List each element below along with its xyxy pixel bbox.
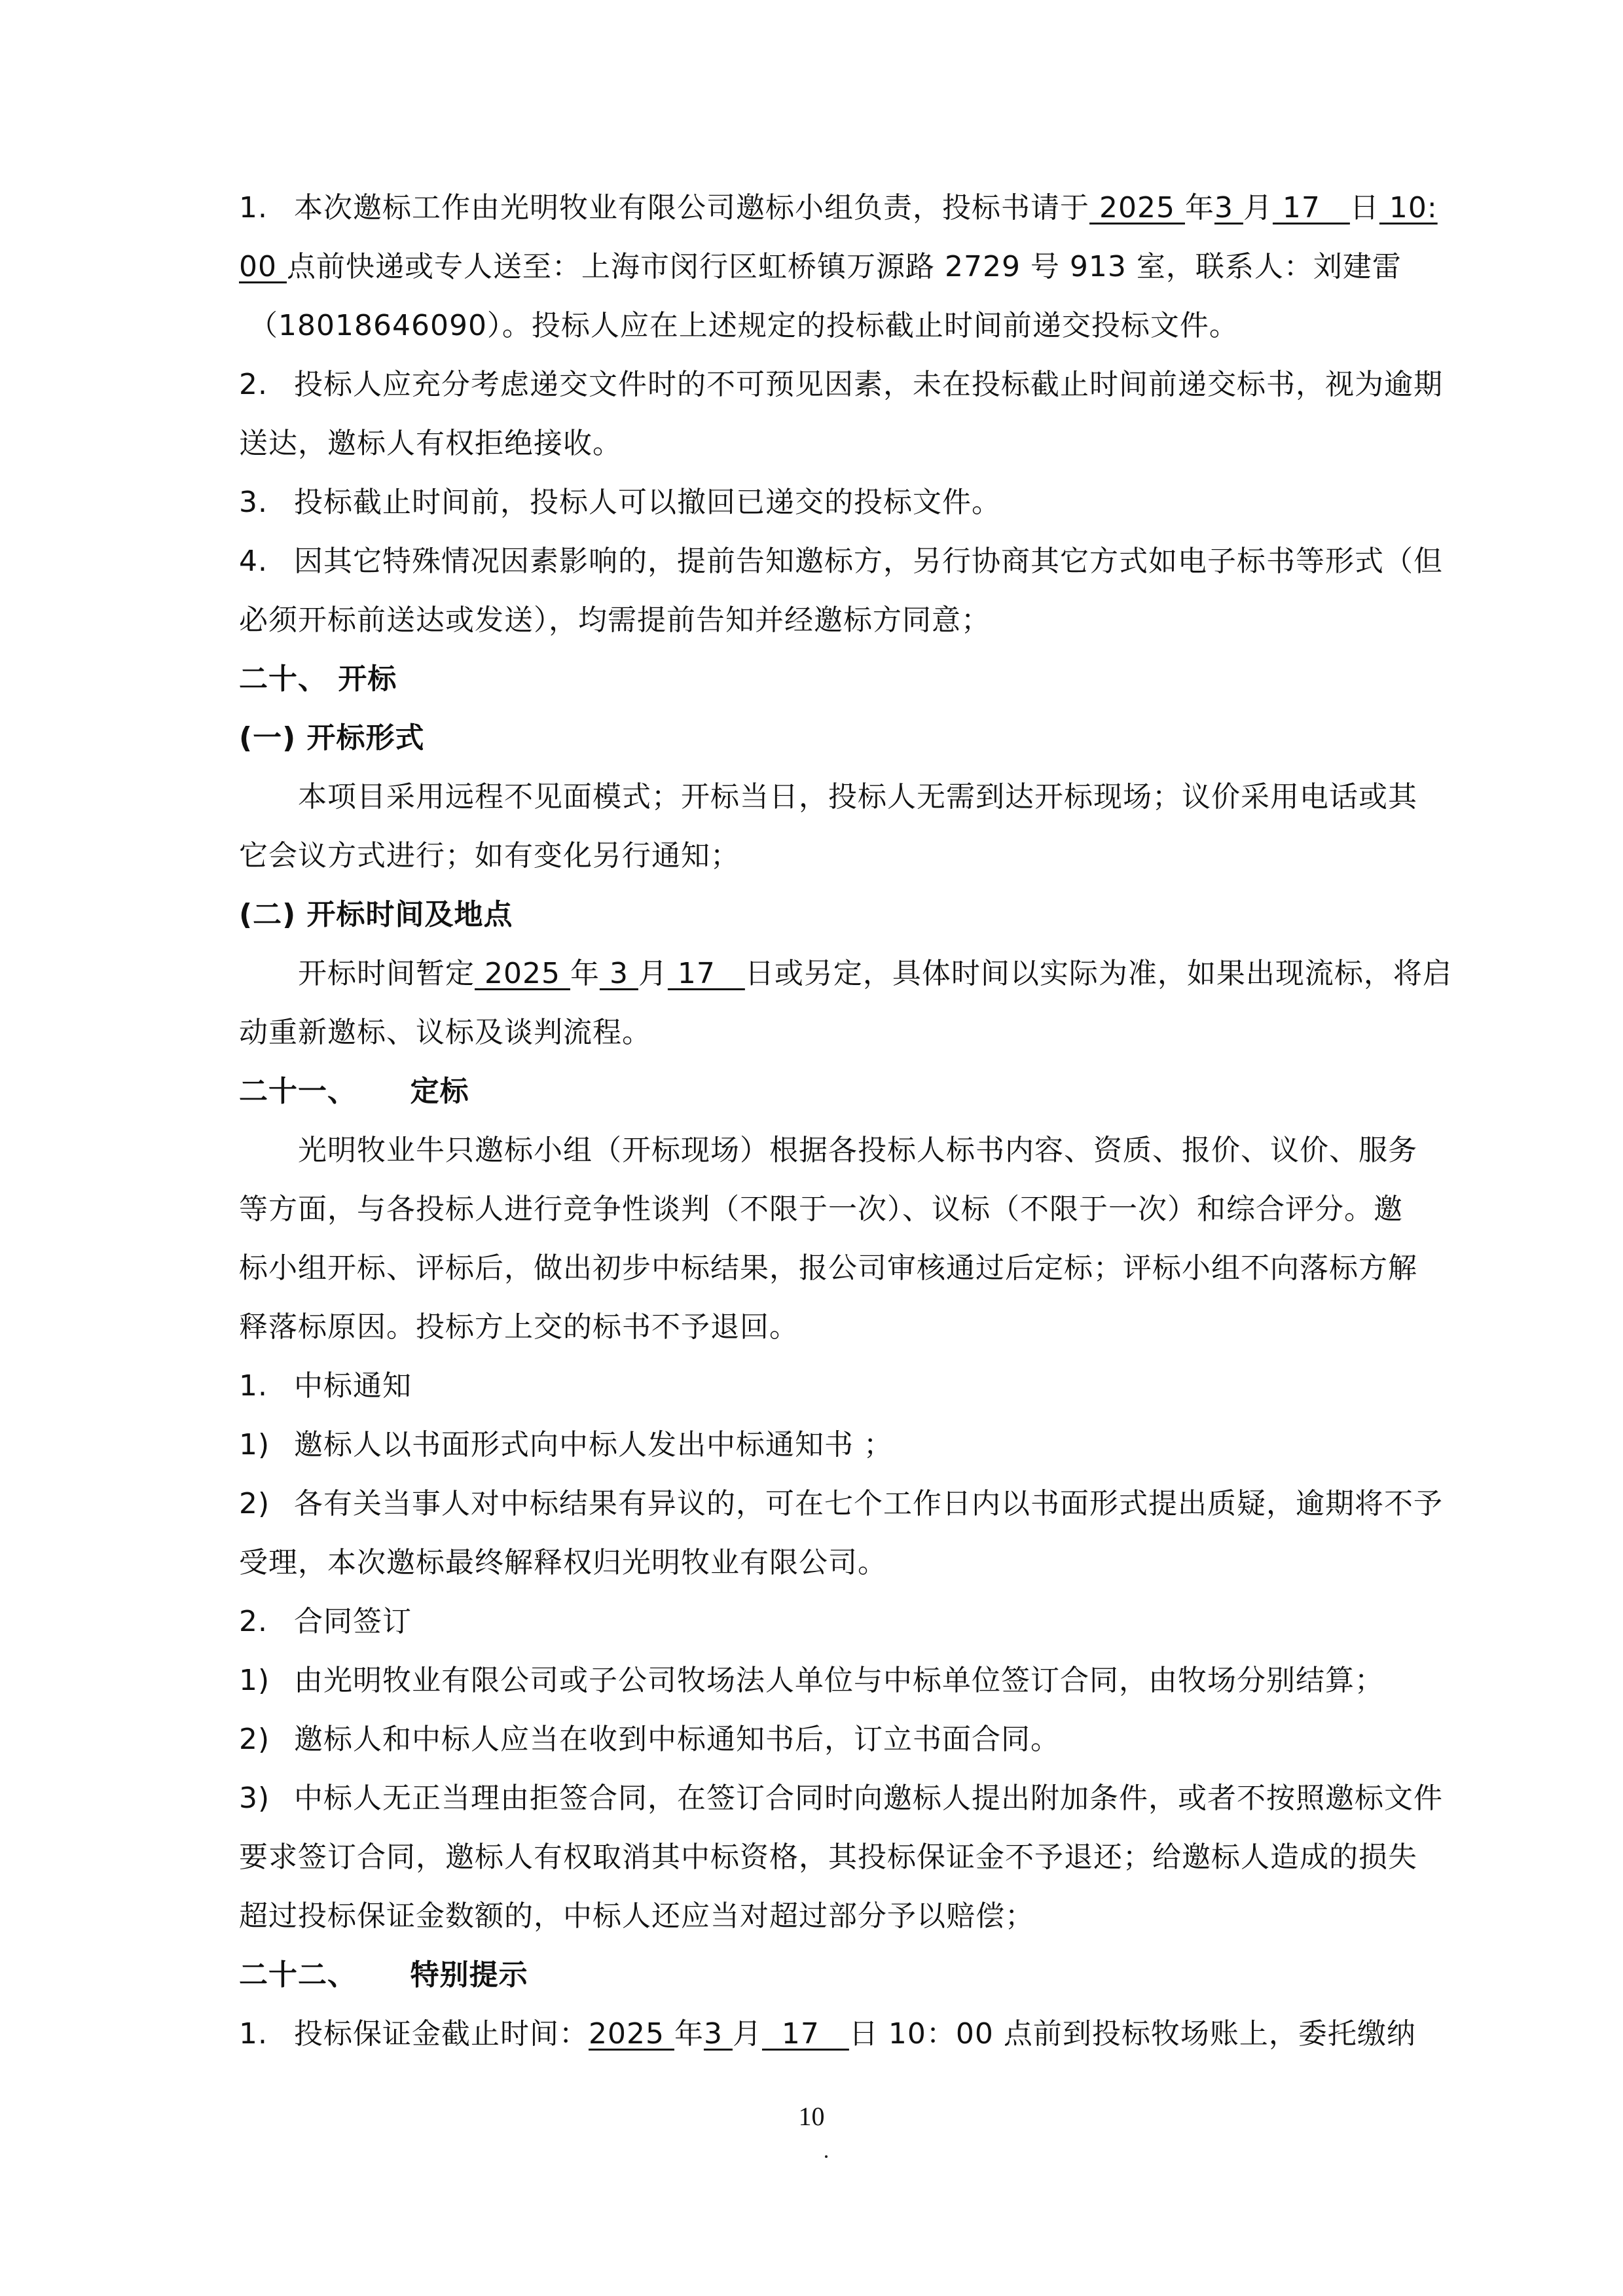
paragraph-line: 开标时间暂定 2025 年 3 月 17 日或另定，具体时间以实际为准，如果出现… (298, 956, 1398, 992)
list-item: 2)邀标人和中标人应当在收到中标通知书后，订立书面合同。 (239, 1721, 1398, 1758)
paragraph-line: 本项目采用远程不见面模式；开标当日，投标人无需到达开标现场；议价采用电话或其 (298, 779, 1398, 816)
list-number: 2. (239, 1604, 294, 1640)
paragraph-line: 要求签订合同，邀标人有权取消其中标资格，其投标保证金不予退还；给邀标人造成的损失 (239, 1839, 1398, 1876)
underlined-day: 17 (762, 2017, 849, 2051)
list-item: 3)中标人无正当理由拒签合同，在签订合同时向邀标人提出附加条件，或者不按照邀标文… (239, 1780, 1398, 1817)
paragraph-line: 光明牧业牛只邀标小组（开标现场）根据各投标人标书内容、资质、报价、议价、服务 (298, 1132, 1398, 1169)
section-heading: 二十、 开标 (239, 661, 1398, 698)
underlined-month: 3 (600, 957, 638, 990)
underlined-year: 2025 (1089, 191, 1185, 224)
paragraph-line: 送达，邀标人有权拒绝接收。 (239, 425, 1398, 462)
list-number: 3. (239, 484, 294, 521)
list-number: 1) (239, 1662, 294, 1699)
list-item: 1)由光明牧业有限公司或子公司牧场法人单位与中标单位签订合同，由牧场分别结算； (239, 1662, 1398, 1699)
list-number: 1. (239, 1368, 294, 1405)
paragraph-line: 动重新邀标、议标及谈判流程。 (239, 1014, 1398, 1051)
section-heading: 二十二、 特别提示 (239, 1957, 1398, 1994)
paragraph-line: 00 点前快递或专人送至：上海市闵行区虹桥镇万源路 2729 号 913 室，联… (239, 249, 1398, 285)
paragraph-line: 必须开标前送达或发送），均需提前告知并经邀标方同意； (239, 602, 1398, 639)
document-page: 1.本次邀标工作由光明牧业有限公司邀标小组负责，投标书请于 2025 年3 月 … (0, 0, 1623, 2296)
paragraph-line: 等方面，与各投标人进行竞争性谈判（不限于一次）、议标（不限于一次）和综合评分。邀 (239, 1191, 1398, 1228)
paragraph-line: 标小组开标、评标后，做出初步中标结果，报公司审核通过后定标；评标小组不向落标方解 (239, 1250, 1398, 1287)
list-number: 2. (239, 367, 294, 403)
underlined-month: 3 (1214, 191, 1243, 224)
list-item: 2)各有关当事人对中标结果有异议的，可在七个工作日内以书面形式提出质疑，逾期将不… (239, 1486, 1398, 1522)
list-item: 2.投标人应充分考虑递交文件时的不可预见因素，未在投标截止时间前递交标书，视为逾… (239, 367, 1398, 403)
paragraph-line: 受理，本次邀标最终解释权归光明牧业有限公司。 (239, 1545, 1398, 1581)
paragraph-line: （18018646090）。投标人应在上述规定的投标截止时间前递交投标文件。 (249, 308, 1408, 344)
list-number: 1) (239, 1427, 294, 1463)
list-item: 4.因其它特殊情况因素影响的，提前告知邀标方，另行协商其它方式如电子标书等形式（… (239, 543, 1398, 580)
paragraph-line: 释落标原因。投标方上交的标书不予退回。 (239, 1309, 1398, 1346)
list-item: 1)邀标人以书面形式向中标人发出中标通知书 ； (239, 1427, 1398, 1463)
list-number: 3) (239, 1780, 294, 1817)
list-number: 4. (239, 543, 294, 580)
list-item: 1.中标通知 (239, 1368, 1398, 1405)
subsection-heading: (二) 开标时间及地点 (239, 897, 1398, 933)
paragraph-line: 1.本次邀标工作由光明牧业有限公司邀标小组负责，投标书请于 2025 年3 月 … (239, 190, 1398, 226)
list-item: 3.投标截止时间前，投标人可以撤回已递交的投标文件。 (239, 484, 1398, 521)
list-item: 1.投标保证金截止时间：2025 年3 月 17 日 10：00 点前到投标牧场… (239, 2016, 1398, 2053)
underlined-day: 17 (668, 957, 745, 990)
underlined-minute: 00 (239, 250, 287, 283)
list-item: 2.合同签订 (239, 1604, 1398, 1640)
paragraph-line: 它会议方式进行；如有变化另行通知； (239, 838, 1398, 874)
list-number: 1. (239, 2016, 294, 2053)
subsection-heading: (一) 开标形式 (239, 720, 1398, 757)
section-heading: 二十一、 定标 (239, 1073, 1398, 1110)
paragraph-line: 超过投标保证金数额的，中标人还应当对超过部分予以赔偿； (239, 1898, 1398, 1935)
underlined-month: 3 (704, 2017, 733, 2051)
list-number: 2) (239, 1721, 294, 1758)
list-number: 1. (239, 190, 294, 226)
scan-artifact-dot (825, 2155, 828, 2158)
list-number: 2) (239, 1486, 294, 1522)
underlined-hour: 10: (1379, 191, 1438, 224)
underlined-day: 17 (1273, 191, 1350, 224)
underlined-year: 2025 (475, 957, 570, 990)
page-number: 10 (0, 2101, 1623, 2132)
underlined-year: 2025 (589, 2017, 674, 2051)
